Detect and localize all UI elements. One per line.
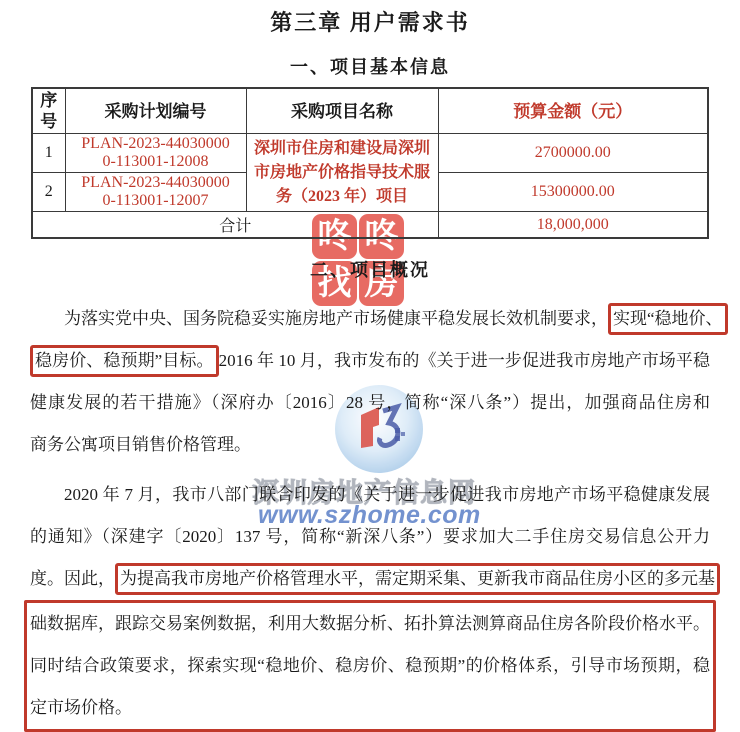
document-body: 为落实党中央、国务院稳妥实施房地产市场健康平稳发展长效机制要求，实现“稳地价、稳… [30,298,710,732]
text-line: 商务公寓项目销售价格管理。 [30,424,710,466]
text-line: 健康发展的若干措施》（深府办〔2016〕28 号，简称“深八条”）提出，加强商品… [30,382,710,424]
text-line: 稳房价、稳预期”目标。2016 年 10 月，我市发布的《关于进一步促进我市房地… [30,340,710,382]
text-line: 础数据库，跟踪交易案例数据，利用大数据分析、拓扑算法测算商品住房各阶段价格水平。 [30,603,710,645]
plan-no-cell: PLAN-2023-44030000 0-113001-12008 [65,134,246,173]
plan-no-line: 0-113001-12007 [68,192,244,210]
section-2-heading: 二、项目概况 [0,257,740,283]
paragraph-2: 2020 年 7 月，我市八部门联合印发的《关于进一步促进我市房地产市场平稳健康… [30,474,710,600]
section-1-heading: 一、项目基本信息 [0,54,740,80]
budget-cell: 15300000.00 [438,173,708,212]
text-line: 2020 年 7 月，我市八部门联合印发的《关于进一步促进我市房地产市场平稳健康… [30,474,710,516]
budget-cell: 2700000.00 [438,134,708,173]
seq-no-cell: 2 [32,173,65,212]
red-annotation-box: 稳房价、稳预期”目标。 [30,345,219,377]
paragraph-2-highlighted-block: 础数据库，跟踪交易案例数据，利用大数据分析、拓扑算法测算商品住房各阶段价格水平。… [24,600,716,732]
project-info-table: 序号 采购计划编号 采购项目名称 预算金额（元） 1 PLAN-2023-440… [31,87,709,239]
total-value-cell: 18,000,000 [438,212,708,239]
text-segment: 度。因此， [30,569,115,588]
header-plan-no: 采购计划编号 [65,88,246,134]
total-label-cell: 合计 [32,212,438,239]
table-total-row: 合计 18,000,000 [32,212,708,239]
plan-no-line: PLAN-2023-44030000 [68,174,244,192]
text-segment: 的通知》（深建字〔2020〕137 号，简称“新深八条”）要求加大二手住房交易信… [30,527,710,546]
text-segment: 同时结合政策要求，探索实现“稳地价、稳房价、稳预期”的价格体系，引导市场预期，稳 [30,656,710,675]
project-name-cell: 深圳市住房和建设局深圳市房地产价格指导技术服务（2023 年）项目 [246,134,438,212]
text-segment: 商务公寓项目销售价格管理。 [30,435,251,454]
plan-no-cell: PLAN-2023-44030000 0-113001-12007 [65,173,246,212]
text-segment: 定市场价格。 [30,698,132,717]
text-segment: 础数据库，跟踪交易案例数据，利用大数据分析、拓扑算法测算商品住房各阶段价格水平。 [30,614,710,633]
text-segment: 2016 年 10 月，我市发布的《关于进一步促进我市房地产市场平稳 [219,351,710,370]
plan-no-line: 0-113001-12008 [68,153,244,171]
document-page: 咚 咚 找 房 深圳房地产信息网 www.szhome.com 第三章 用户需求… [0,0,740,732]
text-line: 同时结合政策要求，探索实现“稳地价、稳房价、稳预期”的价格体系，引导市场预期，稳 [30,645,710,687]
chapter-title: 第三章 用户需求书 [0,8,740,38]
header-budget: 预算金额（元） [438,88,708,134]
text-line: 度。因此，为提高我市房地产价格管理水平，需定期采集、更新我市商品住房小区的多元基 [30,558,710,600]
text-line: 定市场价格。 [30,687,710,729]
seq-no-cell: 1 [32,134,65,173]
text-segment: 2020 年 7 月，我市八部门联合印发的《关于进一步促进我市房地产市场平稳健康… [64,485,710,504]
table-row: 1 PLAN-2023-44030000 0-113001-12008 深圳市住… [32,134,708,173]
plan-no-line: PLAN-2023-44030000 [68,135,244,153]
header-seq-no: 序号 [32,88,65,134]
text-line: 为落实党中央、国务院稳妥实施房地产市场健康平稳发展长效机制要求，实现“稳地价、 [30,298,710,340]
paragraph-1: 为落实党中央、国务院稳妥实施房地产市场健康平稳发展长效机制要求，实现“稳地价、稳… [30,298,710,466]
red-annotation-box: 为提高我市房地产价格管理水平，需定期采集、更新我市商品住房小区的多元基 [115,563,720,595]
header-project-name: 采购项目名称 [246,88,438,134]
table-header-row: 序号 采购计划编号 采购项目名称 预算金额（元） [32,88,708,134]
text-segment: 为落实党中央、国务院稳妥实施房地产市场健康平稳发展长效机制要求， [64,309,608,328]
red-annotation-box: 实现“稳地价、 [608,303,728,335]
text-segment: 健康发展的若干措施》（深府办〔2016〕28 号，简称“深八条”）提出，加强商品… [30,393,710,412]
text-line: 的通知》（深建字〔2020〕137 号，简称“新深八条”）要求加大二手住房交易信… [30,516,710,558]
